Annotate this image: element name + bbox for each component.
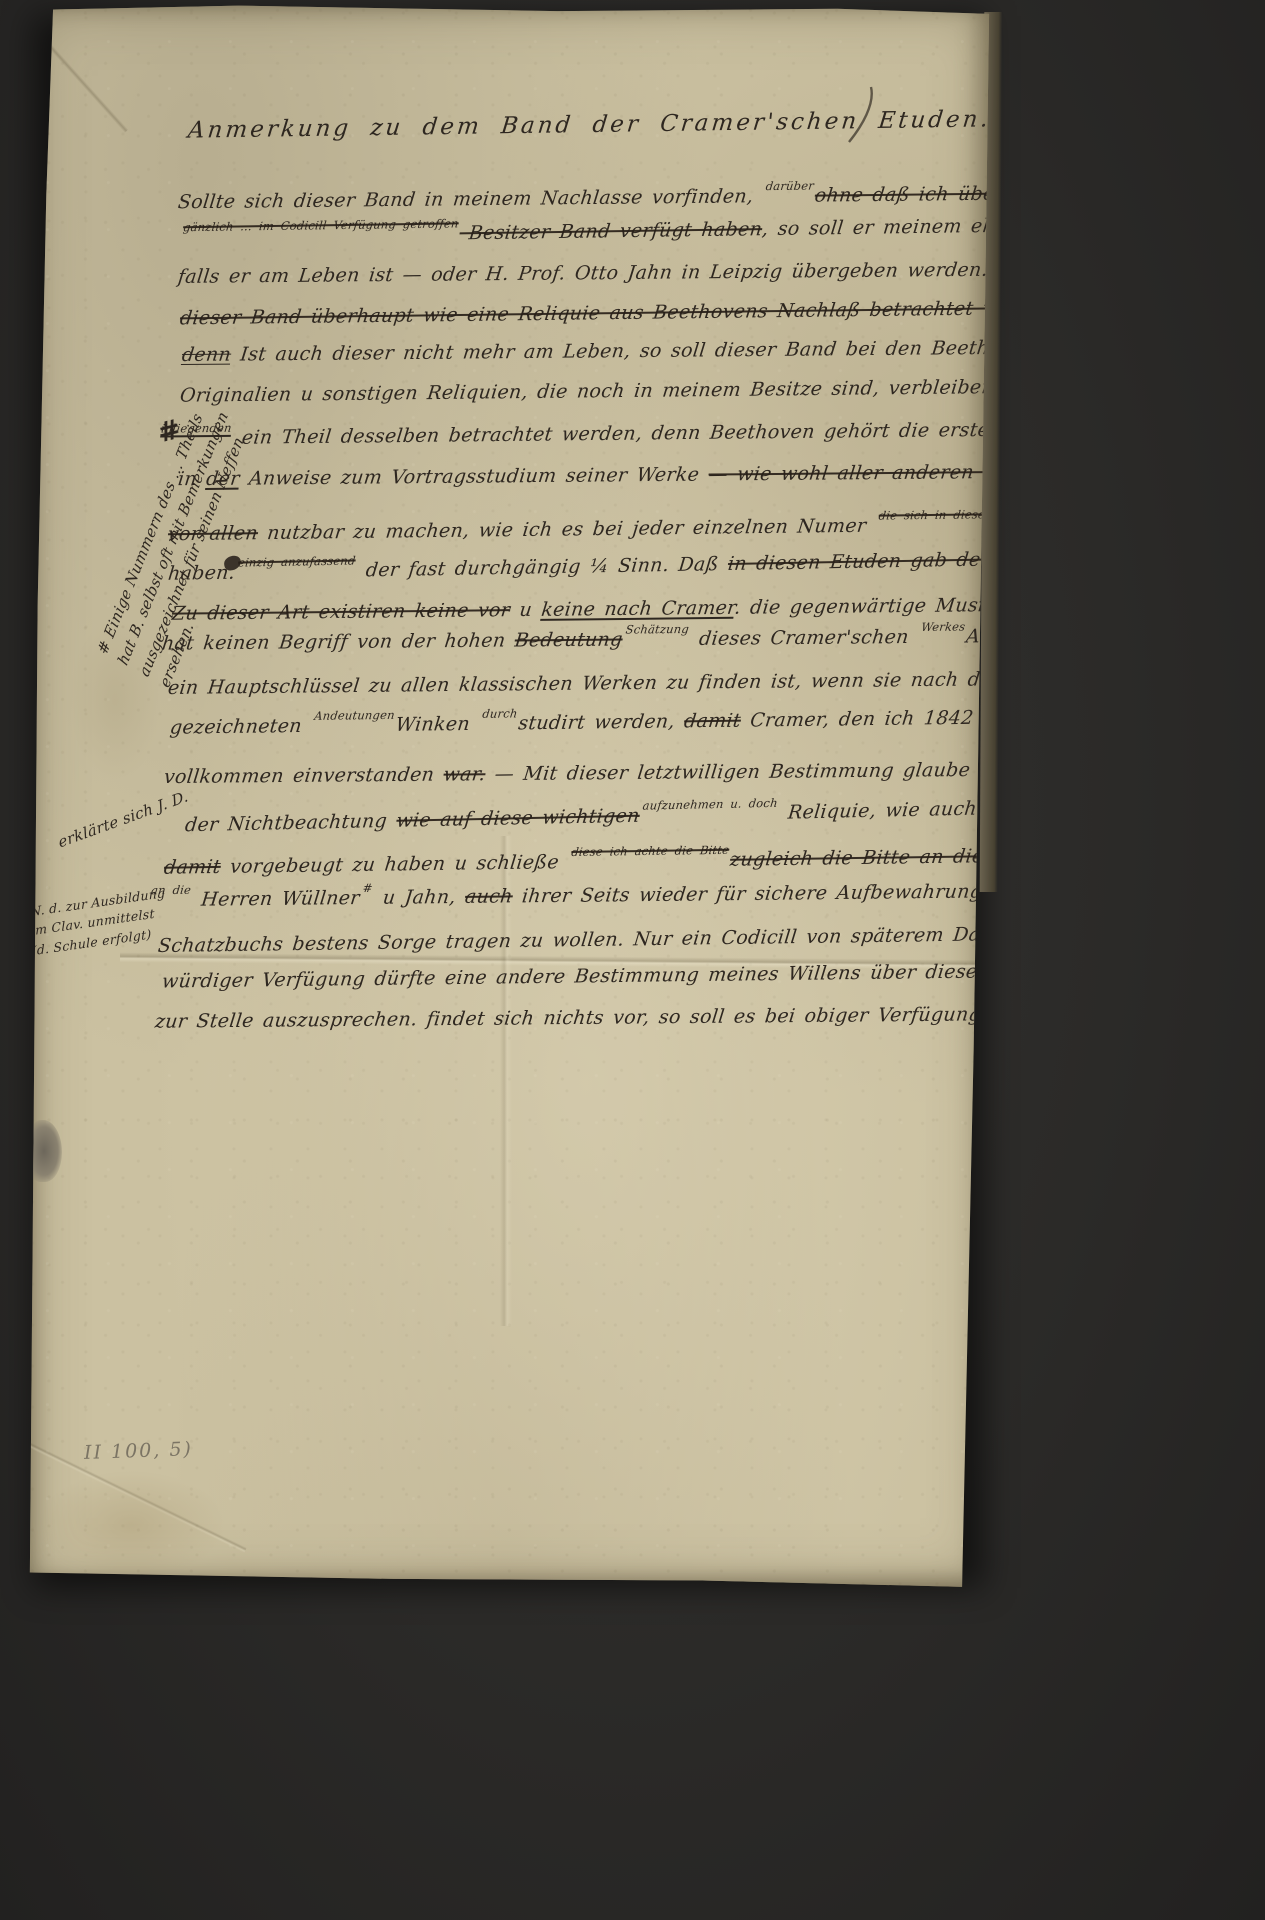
manuscript-line: gänzlich … im Codicill Verfügung getroff… — [179, 210, 1265, 249]
manuscript-segment: damit — [683, 710, 742, 733]
manuscript-segment: einzig anzufassend — [237, 553, 356, 569]
manuscript-segment: — wie wohl aller anderen inhaltschweren — [707, 460, 1137, 486]
manuscript-line: dieser Band überhaupt wie eine Reliquie … — [179, 297, 1065, 330]
manuscript-segment: hie- — [1184, 957, 1233, 980]
manuscript-line: haben.einzig anzufassend der fast durchg… — [167, 545, 1176, 585]
manuscript-segment: würdiger Verfügung dürfte eine andere Be… — [161, 960, 1061, 993]
manuscript-line: falls er am Leben ist — oder H. Prof. Ot… — [177, 258, 1067, 288]
manuscript-line: vor allen nutzbar zu machen, wie ich es … — [167, 509, 1265, 546]
manuscript-segment: Bedeutung — [514, 629, 624, 652]
manuscript-segment: angezeigt zu — [1220, 509, 1265, 533]
manuscript-segment: Anweise zum Vortragsstudium seiner Werke — [238, 464, 709, 490]
manuscript-segment: darüber — [765, 179, 815, 194]
manuscript-segment: Schatzbuchs bestens Sorge tragen zu woll… — [157, 923, 1030, 957]
manuscript-line: gezeichneten AndeutungenWinken durchstud… — [169, 703, 1253, 738]
manuscript-segment: keine nach Cramer — [540, 597, 736, 621]
manuscript-segment: Besitzer Band verfügt haben — [458, 218, 763, 244]
pen-stroke-mark — [840, 84, 884, 148]
manuscript-segment: . die gegenwärtige Musikepoche — [733, 593, 1068, 619]
manuscript-segment: durch — [482, 706, 519, 720]
manuscript-segment: studirt werden, — [517, 710, 685, 734]
manuscript-segment: auch — [464, 885, 514, 908]
margin-note-line: erklärte sich J. D. — [56, 785, 191, 855]
manuscript-segment: dieser Band überhaupt wie eine Reliquie … — [179, 297, 1065, 330]
manuscript-segment: vorgebeugt zu haben u schließe — [220, 851, 570, 878]
manuscript-segment: dieses Cramer'schen — [689, 626, 920, 650]
manuscript-line: der Nichtbeachtung wie auf diese wichtig… — [184, 786, 1265, 837]
manuscript-segment: wie auf diese wichtigen — [395, 805, 640, 832]
manuscript-segment: denn — [181, 344, 233, 366]
manuscript-line: Sollte sich dieser Band in meinem Nachla… — [177, 181, 1187, 214]
manuscript-segment: ad — [1031, 917, 1047, 931]
archival-shelfmark: II 100, 5) — [84, 1438, 194, 1464]
manuscript-line: Originalien u sonstigen Reliquien, die n… — [179, 375, 1072, 406]
manuscript-segment: aufzunehmen u. doch — [642, 796, 778, 813]
manuscript-segment: vollkommen einverstanden — [163, 764, 445, 788]
manuscript-segment: nutzbar zu machen, wie ich es bei jeder … — [257, 515, 877, 545]
manuscript-segment: Schätzung — [625, 622, 690, 637]
text-layer: Anmerkung zu dem Band der Cramer'schen E… — [0, 0, 1265, 1920]
manuscript-segment: hat keinen Begriff von der hohen — [161, 629, 516, 654]
manuscript-segment: damit — [163, 856, 222, 879]
manuscript-segment: Sollte sich dieser Band in meinem Nachla… — [177, 185, 764, 213]
manuscript-line: ein Hauptschlüssel zu allen klassischen … — [167, 667, 1116, 699]
margin-note: N. d. zur Ausbildungim Clav. unmittelst(… — [30, 883, 167, 960]
manuscript-segment: Winken — [394, 713, 480, 736]
manuscript-segment: Werkes — [920, 620, 966, 634]
manuscript-segment: u Jahn, — [372, 886, 466, 909]
manuscript-segment: Herren Wüllner — [191, 887, 361, 911]
stain-bottom-left — [36, 1470, 226, 1580]
page-background: Anmerkung zu dem Band der Cramer'schen E… — [0, 0, 1265, 1920]
manuscript-line: Schatzbuchs bestens Sorge tragen zu woll… — [157, 921, 1160, 957]
manuscript-segment: Reliquie, wie auch dem allfälligen Mißbr… — [778, 792, 1265, 824]
manuscript-segment: # — [362, 881, 373, 895]
manuscript-segment: von — [1046, 922, 1084, 945]
manuscript-segment: gezeichneten — [169, 715, 313, 739]
manuscript-segment: zugleich die Bitte an die obgenannten — [729, 843, 1124, 871]
manuscript-segment: in diesen Etuden gab der bedeutungsvolle… — [727, 545, 1176, 575]
manuscript-line: zur Stelle auszusprechen. findet sich ni… — [154, 1001, 1225, 1032]
stain-dark-left-edge — [26, 1120, 62, 1182]
manuscript-segment: falls er am Leben ist — oder H. Prof. Ot… — [177, 258, 1067, 288]
manuscript-segment: ein Theil desselben betrachtet werden, d… — [231, 416, 1224, 448]
manuscript-segment: ein Hauptschlüssel zu allen klassischen … — [167, 667, 1116, 699]
manuscript-segment: gegen- — [1081, 921, 1160, 944]
manuscript-segment: zur Stelle auszusprechen. findet sich ni… — [154, 1001, 1225, 1032]
manuscript-segment: der fast durchgängig ¼ Sinn. Daß — [355, 553, 729, 582]
manuscript-segment: war. — [442, 763, 486, 785]
manuscript-line: inliegenden ein Theil desselben betracht… — [157, 416, 1225, 449]
manuscript-segment: Zu dieser Art existiren keine vor — [171, 599, 512, 625]
manuscript-segment: Andenkens, in welchem — [965, 623, 1208, 647]
margin-note: erklärte sich J. D. — [56, 785, 191, 855]
manuscript-segment: u — [509, 599, 543, 621]
manuscript-line: vollkommen einverstanden war. — Mit dies… — [163, 758, 1089, 788]
manuscript-segment: Originalien u sonstigen Reliquien, die n… — [179, 375, 1072, 406]
manuscript-segment: aussprechen — [1058, 958, 1186, 982]
manuscript-segment: die sich in diesem Heft nicht vorfinden,… — [878, 504, 1221, 522]
manuscript-segment: diese ich achte die Bitte — [571, 843, 730, 859]
crease-vertical — [500, 836, 512, 1326]
manuscript-segment: Andeutungen — [314, 708, 396, 723]
manuscript-segment: Ist auch dieser nicht mehr am Leben, so … — [230, 336, 1101, 366]
manuscript-segment: gänzlich … im Codicill Verfügung getroff… — [182, 216, 459, 234]
manuscript-line: hat keinen Begriff von der hohen Bedeutu… — [161, 623, 1208, 654]
manuscript-line: denn Ist auch dieser nicht mehr am Leben… — [181, 336, 1101, 366]
manuscript-segment: , so soll er meinem ehemaligen Zöglinge … — [761, 210, 1265, 240]
manuscript-segment: ihrer Seits wieder für sichere Aufbewahr… — [512, 879, 1148, 908]
manuscript-segment: der Nichtbeachtung — [184, 810, 398, 836]
manuscript-paper: Anmerkung zu dem Band der Cramer'schen E… — [26, 4, 992, 1590]
